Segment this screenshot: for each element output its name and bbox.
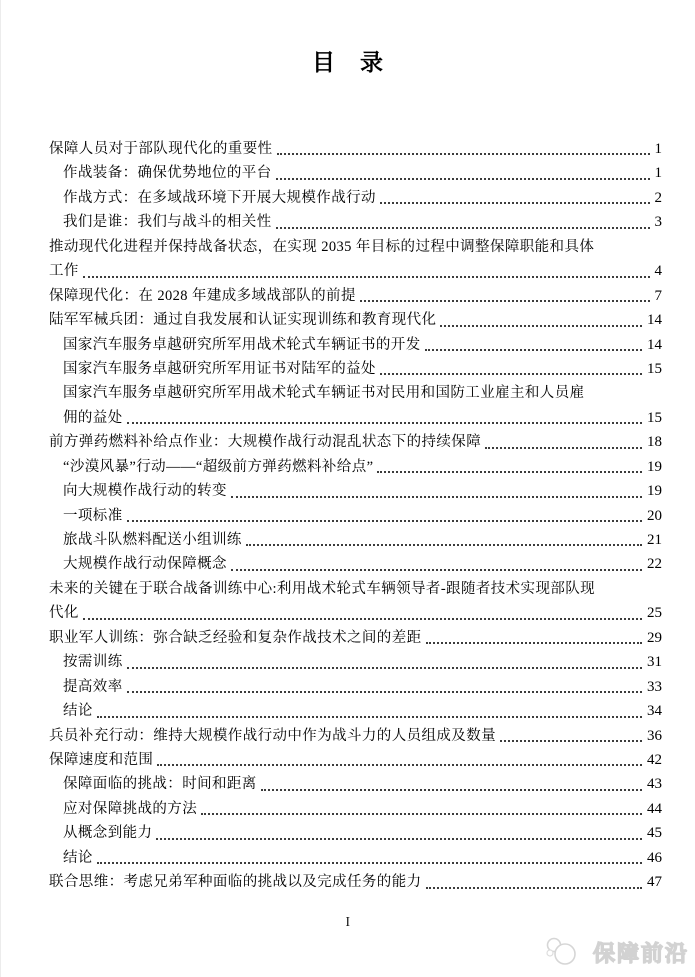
toc-entry-text: 兵员补充行动：维持大规模作战行动中作为战斗力的人员组成及数量 bbox=[49, 724, 496, 748]
toc-entry: 佣的益处15 bbox=[49, 406, 662, 430]
toc-page-number: 1 bbox=[655, 161, 663, 185]
toc-entry-text: 结论 bbox=[63, 699, 93, 723]
toc-entry: 国家汽车服务卓越研究所军用战术轮式车辆证书的开发14 bbox=[49, 333, 662, 357]
toc-page-number: 42 bbox=[647, 748, 662, 772]
toc-entry-text: 大规模作战行动保障概念 bbox=[63, 552, 227, 576]
toc-entry-text: 结论 bbox=[63, 846, 93, 870]
toc-page-number: 3 bbox=[655, 210, 663, 234]
toc-entry: 国家汽车服务卓越研究所军用战术轮式车辆证书对民用和国防工业雇主和人员雇 bbox=[49, 381, 662, 405]
toc-page-number: 1 bbox=[655, 137, 663, 161]
toc-entry-text: 应对保障挑战的方法 bbox=[63, 797, 197, 821]
dot-leader bbox=[157, 764, 642, 766]
toc-entry-text: 推动现代化进程并保持战备状态，在实现 2035 年目标的过程中调整保障职能和具体 bbox=[49, 235, 594, 259]
toc-entry-text: 联合思维：考虑兄弟军种面临的挑战以及完成任务的能力 bbox=[49, 870, 422, 894]
toc-page-number: 20 bbox=[647, 504, 662, 528]
toc-entry-text: 职业军人训练：弥合缺乏经验和复杂作战技术之间的差距 bbox=[49, 626, 422, 650]
dot-leader bbox=[83, 618, 642, 620]
toc-entry: 保障速度和范围42 bbox=[49, 748, 662, 772]
toc-entry: 联合思维：考虑兄弟军种面临的挑战以及完成任务的能力47 bbox=[49, 870, 662, 894]
toc-entry: 结论46 bbox=[49, 846, 662, 870]
toc-entry-text: 一项标准 bbox=[63, 504, 123, 528]
dot-leader bbox=[231, 496, 642, 498]
toc-page-number: 44 bbox=[647, 797, 662, 821]
toc-entry: 作战装备：确保优势地位的平台1 bbox=[49, 161, 662, 185]
toc-entry: 陆军军械兵团：通过自我发展和认证实现训练和教育现代化14 bbox=[49, 308, 662, 332]
dot-leader bbox=[440, 325, 642, 327]
toc-page-number: 15 bbox=[647, 357, 662, 381]
toc-page-number: 43 bbox=[647, 772, 662, 796]
toc-entry: 保障人员对于部队现代化的重要性1 bbox=[49, 137, 662, 161]
toc-entry: 工作4 bbox=[49, 259, 662, 283]
dot-leader bbox=[377, 471, 642, 473]
toc-page-number: 29 bbox=[647, 626, 662, 650]
dot-leader bbox=[426, 887, 643, 889]
toc-entry-text: 陆军军械兵团：通过自我发展和认证实现训练和教育现代化 bbox=[49, 308, 436, 332]
toc-entry: 按需训练31 bbox=[49, 650, 662, 674]
toc-entry: “沙漠风暴”行动——“超级前方弹药燃料补给点”19 bbox=[49, 455, 662, 479]
dot-leader bbox=[127, 667, 642, 669]
toc-list: 保障人员对于部队现代化的重要性1作战装备：确保优势地位的平台1作战方式：在多域战… bbox=[49, 137, 662, 895]
toc-entry: 作战方式：在多域战环境下开展大规模作战行动2 bbox=[49, 186, 662, 210]
toc-entry-text: 作战装备：确保优势地位的平台 bbox=[63, 161, 272, 185]
toc-page-number: 34 bbox=[647, 699, 662, 723]
footer-page-number: I bbox=[1, 914, 695, 930]
dot-leader bbox=[127, 691, 642, 693]
toc-page-number: 25 bbox=[647, 601, 662, 625]
toc-page-number: 2 bbox=[655, 186, 663, 210]
toc-entry-text: 提高效率 bbox=[63, 675, 123, 699]
toc-page-number: 7 bbox=[655, 284, 663, 308]
document-page: 目 录 保障人员对于部队现代化的重要性1作战装备：确保优势地位的平台1作战方式：… bbox=[0, 0, 695, 977]
panda-circles-logo-icon bbox=[543, 936, 585, 968]
toc-entry: 旅战斗队燃料配送小组训练21 bbox=[49, 528, 662, 552]
toc-page-number: 19 bbox=[647, 479, 662, 503]
dot-leader bbox=[425, 349, 642, 351]
dot-leader bbox=[127, 520, 642, 522]
toc-entry: 一项标准20 bbox=[49, 504, 662, 528]
dot-leader bbox=[97, 862, 642, 864]
toc-entry: 职业军人训练：弥合缺乏经验和复杂作战技术之间的差距29 bbox=[49, 626, 662, 650]
toc-entry: 未来的关键在于联合战备训练中心:利用战术轮式车辆领导者-跟随者技术实现部队现 bbox=[49, 577, 662, 601]
dot-leader bbox=[231, 569, 642, 571]
toc-page-number: 46 bbox=[647, 846, 662, 870]
watermark: 保障前沿 bbox=[543, 936, 689, 968]
dot-leader bbox=[380, 373, 642, 375]
toc-entry-text: 作战方式：在多域战环境下开展大规模作战行动 bbox=[63, 186, 376, 210]
toc-entry: 提高效率33 bbox=[49, 675, 662, 699]
toc-entry: 国家汽车服务卓越研究所军用证书对陆军的益处15 bbox=[49, 357, 662, 381]
watermark-text: 保障前沿 bbox=[593, 937, 689, 968]
toc-page-number: 14 bbox=[647, 308, 662, 332]
toc-entry-text: 工作 bbox=[49, 259, 79, 283]
dot-leader bbox=[276, 178, 650, 180]
page-title: 目 录 bbox=[1, 44, 695, 77]
toc-entry-text: 佣的益处 bbox=[63, 406, 123, 430]
toc-entry: 代化25 bbox=[49, 601, 662, 625]
dot-leader bbox=[276, 227, 650, 229]
dot-leader bbox=[380, 202, 650, 204]
toc-page-number: 47 bbox=[647, 870, 662, 894]
toc-entry: 大规模作战行动保障概念22 bbox=[49, 552, 662, 576]
toc-page-number: 33 bbox=[647, 675, 662, 699]
dot-leader bbox=[360, 300, 650, 302]
dot-leader bbox=[277, 153, 650, 155]
toc-entry-text: 保障面临的挑战：时间和距离 bbox=[63, 772, 257, 796]
toc-page-number: 14 bbox=[647, 333, 662, 357]
toc-entry-text: 国家汽车服务卓越研究所军用战术轮式车辆证书对民用和国防工业雇主和人员雇 bbox=[63, 381, 585, 405]
toc-entry-text: 从概念到能力 bbox=[63, 821, 152, 845]
dot-leader bbox=[500, 740, 642, 742]
toc-entry-text: 旅战斗队燃料配送小组训练 bbox=[63, 528, 242, 552]
dot-leader bbox=[97, 716, 642, 718]
toc-page-number: 36 bbox=[647, 724, 662, 748]
dot-leader bbox=[261, 789, 642, 791]
toc-page-number: 31 bbox=[647, 650, 662, 674]
toc-entry-text: 保障速度和范围 bbox=[49, 748, 153, 772]
dot-leader bbox=[156, 838, 642, 840]
dot-leader bbox=[246, 544, 642, 546]
toc-entry: 应对保障挑战的方法44 bbox=[49, 797, 662, 821]
toc-entry-text: 向大规模作战行动的转变 bbox=[63, 479, 227, 503]
toc-entry: 兵员补充行动：维持大规模作战行动中作为战斗力的人员组成及数量36 bbox=[49, 724, 662, 748]
toc-entry-text: 按需训练 bbox=[63, 650, 123, 674]
toc-entry: 保障现代化：在 2028 年建成多域战部队的前提7 bbox=[49, 284, 662, 308]
toc-entry-text: 我们是谁：我们与战斗的相关性 bbox=[63, 210, 272, 234]
toc-page-number: 22 bbox=[647, 552, 662, 576]
toc-entry: 从概念到能力45 bbox=[49, 821, 662, 845]
toc-page-number: 21 bbox=[647, 528, 662, 552]
toc-entry-text: 代化 bbox=[49, 601, 79, 625]
toc-entry: 我们是谁：我们与战斗的相关性3 bbox=[49, 210, 662, 234]
toc-entry-text: 国家汽车服务卓越研究所军用战术轮式车辆证书的开发 bbox=[63, 333, 421, 357]
toc-page-number: 19 bbox=[647, 455, 662, 479]
toc-entry-text: 国家汽车服务卓越研究所军用证书对陆军的益处 bbox=[63, 357, 376, 381]
toc-entry: 推动现代化进程并保持战备状态，在实现 2035 年目标的过程中调整保障职能和具体 bbox=[49, 235, 662, 259]
toc-entry-text: “沙漠风暴”行动——“超级前方弹药燃料补给点” bbox=[63, 455, 373, 479]
dot-leader bbox=[485, 447, 642, 449]
toc-page-number: 45 bbox=[647, 821, 662, 845]
toc-entry: 结论34 bbox=[49, 699, 662, 723]
toc-entry-text: 未来的关键在于联合战备训练中心:利用战术轮式车辆领导者-跟随者技术实现部队现 bbox=[49, 577, 595, 601]
dot-leader bbox=[83, 276, 650, 278]
toc-page-number: 4 bbox=[655, 259, 663, 283]
toc-entry-text: 前方弹药燃料补给点作业：大规模作战行动混乱状态下的持续保障 bbox=[49, 430, 481, 454]
toc-entry-text: 保障现代化：在 2028 年建成多域战部队的前提 bbox=[49, 284, 356, 308]
dot-leader bbox=[426, 642, 643, 644]
toc-page-number: 18 bbox=[647, 430, 662, 454]
dot-leader bbox=[127, 422, 642, 424]
toc-entry: 向大规模作战行动的转变19 bbox=[49, 479, 662, 503]
dot-leader bbox=[201, 813, 642, 815]
toc-entry: 保障面临的挑战：时间和距离43 bbox=[49, 772, 662, 796]
toc-entry-text: 保障人员对于部队现代化的重要性 bbox=[49, 137, 273, 161]
toc-page-number: 15 bbox=[647, 406, 662, 430]
toc-entry: 前方弹药燃料补给点作业：大规模作战行动混乱状态下的持续保障18 bbox=[49, 430, 662, 454]
